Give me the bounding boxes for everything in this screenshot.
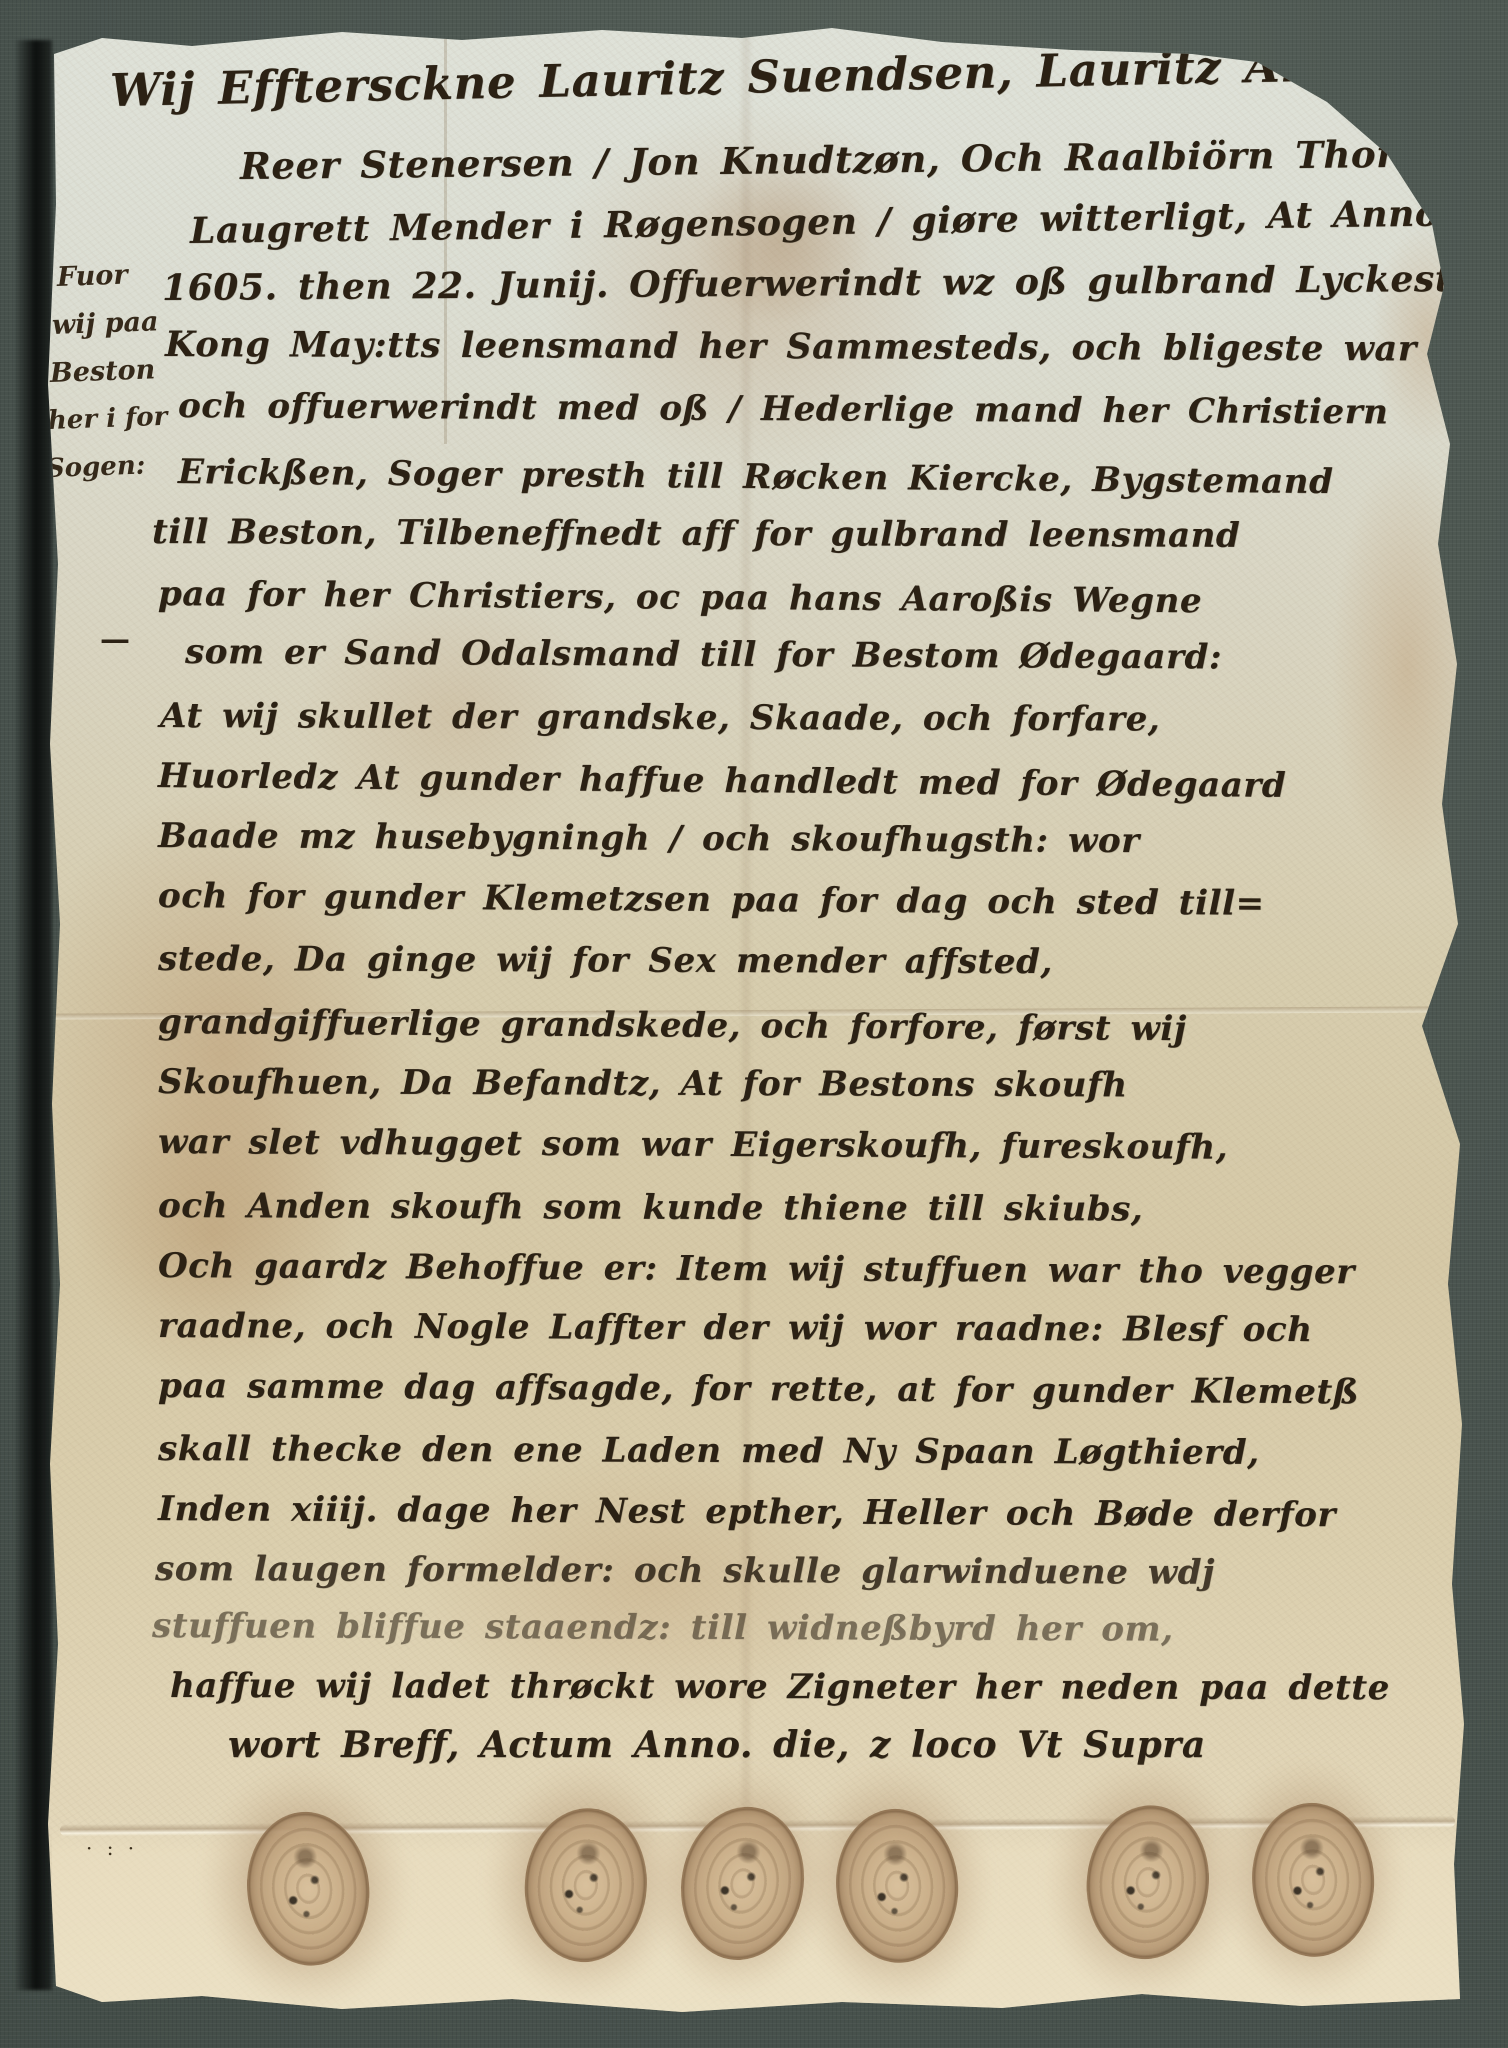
manuscript-line: som laugen formelder: och skulle glarwin… [155, 1549, 1215, 1593]
margin-note-line: Fuor [56, 260, 128, 293]
manuscript-line: Inden xiiij. dage her Nest epther, Helle… [158, 1489, 1336, 1535]
manuscript-line: paa for her Christiers, oc paa hans Aaro… [158, 574, 1202, 621]
margin-note-line: Sogen: [45, 451, 145, 484]
paper-stain [1332, 454, 1482, 884]
manuscript-line: Huorledz At gunder haffue handledt med f… [158, 756, 1287, 806]
archive-photo-background: { "page": { "margin_note": { "lines": ["… [0, 0, 1508, 2048]
manuscript-line: Erickßen, Soger presth till Røcken Kierc… [178, 452, 1334, 502]
manuscript-line: Reer Stenersen / Jon Knudtzøn, Och Raalb… [240, 130, 1508, 188]
binding-shadow [16, 40, 52, 1990]
manuscript-line: haffue wij ladet thrøckt wore Zigneter h… [170, 1666, 1390, 1708]
margin-note-line: wij paa [51, 306, 159, 341]
manuscript-line: till Beston, Tilbeneffnedt aff for gulbr… [152, 512, 1240, 556]
manuscript-line: grandgiffuerlige grandskede, och forfore… [158, 1002, 1187, 1049]
manuscript-line: At wij skullet der grandske, Skaade, och… [160, 696, 1160, 739]
manuscript-line: skall thecke den ene Laden med Ny Spaan … [158, 1429, 1260, 1473]
wax-seal-6 [1206, 1750, 1414, 2005]
wax-seal-1 [185, 1751, 425, 2022]
manuscript-line: stuffuen bliffue staaendz: till widneßby… [152, 1606, 1174, 1650]
manuscript-line: och offuerwerindt med oß / Hederlige man… [178, 386, 1389, 432]
manuscript-line: och Anden skoufh som kunde thiene till s… [158, 1186, 1143, 1229]
manuscript-line: raadne, och Nogle Laffter der wij wor ra… [158, 1306, 1313, 1350]
manuscript-line: Skoufhuen, Da Befandtz, At for Bestons s… [158, 1062, 1128, 1105]
manuscript-line: war slet vdhugget som war Eigerskoufh, f… [158, 1122, 1228, 1168]
manuscript-line: och for gunder Klemetzsen paa for dag oc… [158, 876, 1265, 924]
manuscript-line: Kong May:tts leensmand her Sammesteds, o… [165, 324, 1417, 369]
manuscript-line: Och gaardz Behoffue er: Item wij stuffue… [158, 1246, 1355, 1292]
manuscript-line: Laugrett Mender i Røgensogen / giøre wit… [190, 192, 1453, 252]
margin-note-line: her i for [47, 402, 167, 436]
manuscript-line: stede, Da ginge wij for Sex mender affst… [158, 939, 1053, 982]
manuscript-page: Wij Efftersckne Lauritz Suendsen, Laurit… [42, 24, 1468, 2022]
manuscript-line: 1605. then 22. Junij. Offuerwerindt wz o… [162, 258, 1476, 309]
manuscript-line: Baade mz husebygningh / och skoufhugsth:… [158, 816, 1140, 861]
manuscript-line: som er Sand Odalsmand till for Bestom Ød… [185, 632, 1222, 677]
paper-stain [22, 784, 422, 1324]
manuscript-line: paa samme dag affsagde, for rette, at fo… [158, 1366, 1359, 1412]
margin-note-line: Beston [49, 354, 155, 389]
manuscript-line: Wij Efftersckne Lauritz Suendsen, Laurit… [109, 26, 1508, 117]
ink-specks: · : · [86, 1836, 138, 1860]
margin-dash-mark: — [100, 622, 130, 657]
wax-seal-4 [787, 1752, 1004, 2015]
